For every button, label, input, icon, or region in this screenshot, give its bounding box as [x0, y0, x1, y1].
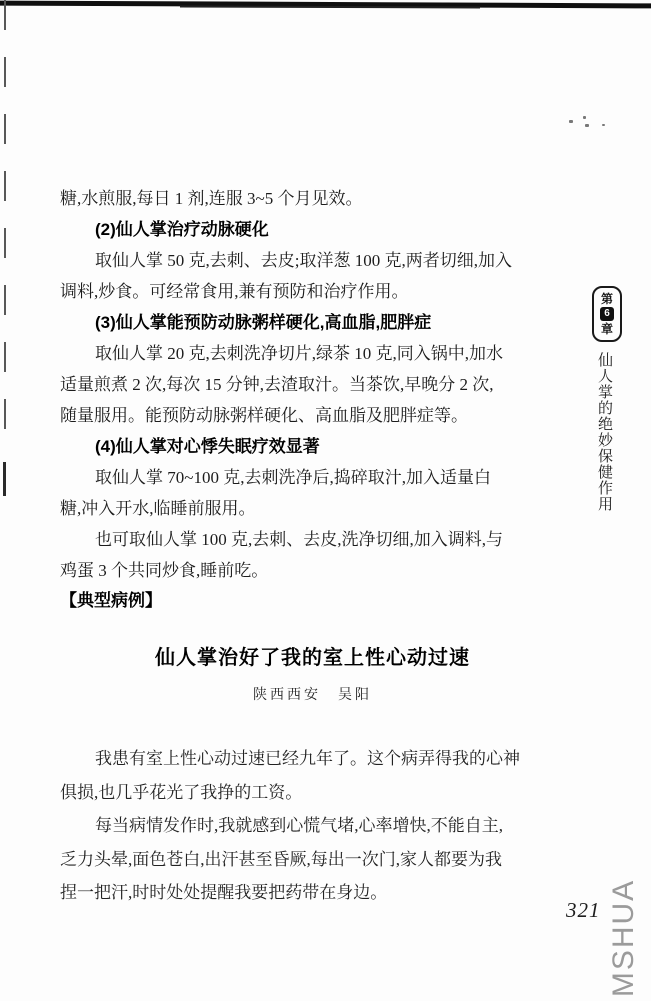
section-heading: (2)仙人掌治疗动脉硬化 — [60, 214, 565, 245]
text-line: 乏力头晕,面色苍白,出汗甚至昏厥,每出一次门,家人都要为我 — [60, 843, 565, 877]
text-line: 取仙人掌 70~100 克,去刺洗净后,捣碎取汁,加入适量白 — [60, 462, 565, 493]
chapter-title-vertical: 仙人掌的绝妙保健作用 — [594, 352, 615, 522]
chapter-badge-suffix: 章 — [601, 323, 613, 335]
scan-speck — [583, 116, 586, 119]
text-line: 取仙人掌 50 克,去刺、去皮;取洋葱 100 克,两者切细,加入 — [60, 245, 565, 276]
text-line: 调料,炒食。可经常食用,兼有预防和治疗作用。 — [60, 276, 565, 307]
text-line: 每当病情发作时,我就感到心慌气堵,心率增快,不能自主, — [60, 809, 565, 843]
text-line: 适量煎煮 2 次,每次 15 分钟,去渣取汁。当茶饮,早晚分 2 次, — [60, 369, 565, 400]
chapter-badge-prefix: 第 — [601, 293, 613, 305]
text-line: 我患有室上性心动过速已经九年了。这个病弄得我的心神 — [60, 742, 565, 776]
text-line: 糖,冲入开水,临睡前服用。 — [60, 493, 565, 524]
scan-speck — [569, 120, 573, 123]
scan-artifact-top-line-2 — [180, 5, 480, 8]
page-number: 321 — [566, 898, 601, 923]
section-heading: (3)仙人掌能预防动脉粥样硬化,高血脂,肥胖症 — [60, 307, 565, 338]
scan-artifact-left-solid-line — [3, 462, 6, 496]
case-section-label: 【典型病例】 — [60, 586, 162, 611]
section-heading: (4)仙人掌对心悸失眠疗效显著 — [60, 431, 565, 462]
text-line: 俱损,也几乎花光了我挣的工资。 — [60, 776, 565, 810]
watermark-text: MSHUA — [602, 873, 646, 1001]
scan-artifact-left-dashed-line — [4, 0, 6, 455]
text-line: 鸡蛋 3 个共同炒食,睡前吃。 — [60, 555, 565, 586]
text-line: 随量服用。能预防动脉粥样硬化、高血脂及肥胖症等。 — [60, 400, 565, 431]
chapter-badge: 第 6 章 — [592, 286, 622, 342]
text-line: 捏一把汗,时时处处提醒我要把药带在身边。 — [60, 876, 565, 910]
case-title: 仙人掌治好了我的室上性心动过速 — [60, 641, 565, 670]
scan-speck — [585, 124, 589, 127]
chapter-number: 6 — [600, 307, 614, 321]
recipe-text-block: 糖,水煎服,每日 1 剂,连服 3~5 个月见效。 (2)仙人掌治疗动脉硬化 取… — [60, 183, 565, 586]
text-line: 糖,水煎服,每日 1 剂,连服 3~5 个月见效。 — [60, 183, 565, 214]
scan-speck — [602, 124, 605, 126]
case-byline: 陕西西安 吴阳 — [60, 684, 565, 704]
case-text-block: 我患有室上性心动过速已经九年了。这个病弄得我的心神 俱损,也几乎花光了我挣的工资… — [60, 742, 565, 910]
scanned-book-page: { "sidebar": { "chapter_badge": { "prefi… — [0, 0, 651, 1001]
text-line: 也可取仙人掌 100 克,去刺、去皮,洗净切细,加入调料,与 — [60, 524, 565, 555]
text-line: 取仙人掌 20 克,去刺洗净切片,绿茶 10 克,同入锅中,加水 — [60, 338, 565, 369]
